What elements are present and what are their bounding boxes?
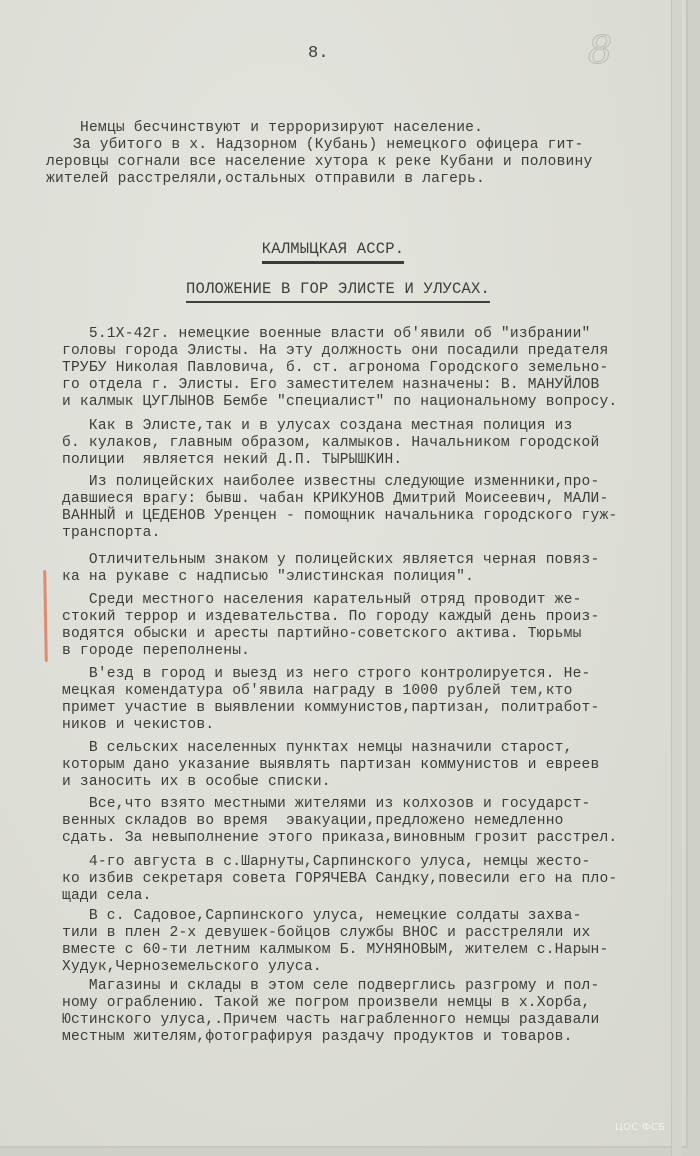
paragraph-line: щади села. xyxy=(62,888,682,905)
section-heading: ПОЛОЖЕНИЕ В ГОР ЭЛИСТЕ И УЛУСАХ. xyxy=(0,280,681,303)
paragraph-line: го отдела г. Элисты. Его заместителем на… xyxy=(62,377,682,394)
paragraph-2: Как в Элисте,так и в улусах создана мест… xyxy=(62,418,682,469)
intro-line: жителей расстреляли,остальных отправили … xyxy=(46,171,682,188)
paragraph-line: Из полицейских наиболее известны следующ… xyxy=(62,474,682,491)
paragraph-line: 4-го августа в с.Шарнуты,Сарпинского улу… xyxy=(62,854,682,871)
paragraph-line: вместе с 60-ти летним калмыком Б. МУНЯНО… xyxy=(62,942,682,959)
paragraph-line: Худук,Черноземельского улуса. xyxy=(62,959,682,976)
paragraph-line: стокий террор и издевательства. По город… xyxy=(62,609,682,626)
paragraph-line: Юстинского улуса,.Причем часть награблен… xyxy=(62,1012,682,1029)
paragraph-line: Магазины и склады в этом селе подверглис… xyxy=(62,978,682,995)
paragraph-1: 5.1Х-42г. немецкие военные власти об'яви… xyxy=(62,326,682,411)
archive-watermark: ЦОС ФСБ xyxy=(615,1122,665,1133)
intro-line: леровцы согнали все население хутора к р… xyxy=(46,154,682,171)
paragraph-line: В с. Садовое,Сарпинского улуса, немецкие… xyxy=(62,908,682,925)
paragraph-line: в городе переполнены. xyxy=(62,643,682,660)
paragraph-11: Магазины и склады в этом селе подверглис… xyxy=(62,978,682,1046)
paragraph-line: ка на рукаве с надписью "элистинская пол… xyxy=(62,569,682,586)
paragraph-line: транспорта. xyxy=(62,525,682,542)
paragraph-line: В сельских населенных пунктах немцы назн… xyxy=(62,740,682,757)
paragraph-line: и заносить их в особые списки. xyxy=(62,774,682,791)
paragraph-line: давшиеся врагу: бывш. чабан КРИКУНОВ Дми… xyxy=(62,491,682,508)
intro-block: Немцы бесчинствуют и терроризируют насел… xyxy=(62,120,682,188)
paragraph-line: местным жителям,фотографируя раздачу про… xyxy=(62,1029,682,1046)
paragraph-9: 4-го августа в с.Шарнуты,Сарпинского улу… xyxy=(62,854,682,905)
paragraph-line: ному ограблению. Такой же погром произве… xyxy=(62,995,682,1012)
handwritten-page-number: 8 xyxy=(588,28,612,72)
paragraph-line: Все,что взято местными жителями из колхо… xyxy=(62,796,682,813)
paragraph-line: ко избив секретаря совета ГОРЯЧЕВА Сандк… xyxy=(62,871,682,888)
paragraph-line: В'езд в город и выезд из него строго кон… xyxy=(62,666,682,683)
paragraph-3: Из полицейских наиболее известны следующ… xyxy=(62,474,682,542)
paragraph-line: сдать. За невыполнение этого приказа,вин… xyxy=(62,830,682,847)
paragraph-4: Отличительным знаком у полицейских являе… xyxy=(62,552,682,586)
paragraph-line: полиции является некий Д.П. ТЫРЫШКИН. xyxy=(62,452,682,469)
paragraph-line: б. кулаков, главным образом, калмыков. Н… xyxy=(62,435,682,452)
document-page: 8. 8 Немцы бесчинствуют и терроризируют … xyxy=(0,0,688,1148)
intro-line: За убитого в х. Надзорном (Кубань) немец… xyxy=(46,137,682,154)
paragraph-line: которым дано указание выявлять партизан … xyxy=(62,757,682,774)
paragraph-line: 5.1Х-42г. немецкие военные власти об'яви… xyxy=(62,326,682,343)
paragraph-line: Среди местного населения карательный отр… xyxy=(62,592,682,609)
intro-heading-line: Немцы бесчинствуют и терроризируют насел… xyxy=(80,120,682,137)
paragraph-line: Как в Элисте,так и в улусах создана мест… xyxy=(62,418,682,435)
paragraph-line: водятся обыски и аресты партийно-советск… xyxy=(62,626,682,643)
paragraph-6: В'езд в город и выезд из него строго кон… xyxy=(62,666,682,734)
paragraph-8: Все,что взято местными жителями из колхо… xyxy=(62,796,682,847)
paragraph-line: ников и чекистов. xyxy=(62,717,682,734)
paragraph-line: мецкая комендатура об'явила награду в 10… xyxy=(62,683,682,700)
paragraph-5: Среди местного населения карательный отр… xyxy=(62,592,682,660)
paragraph-line: и калмык ЦУГЛЫНОВ Бембе "специалист" по … xyxy=(62,394,682,411)
paragraph-line: ТРУБУ Николая Павловича, б. ст. агронома… xyxy=(62,360,682,377)
paragraph-10: В с. Садовое,Сарпинского улуса, немецкие… xyxy=(62,908,682,976)
section-heading-text: ПОЛОЖЕНИЕ В ГОР ЭЛИСТЕ И УЛУСАХ. xyxy=(186,280,490,303)
paragraph-line: ВАННЫЙ и ЦЕДЕНОВ Уренцен - помощник нача… xyxy=(62,508,682,525)
paragraph-line: примет участие в выявлении коммунистов,п… xyxy=(62,700,682,717)
region-heading-text: КАЛМЫЦКАЯ АССР. xyxy=(262,240,405,264)
paragraph-line: головы города Элисты. На эту должность о… xyxy=(62,343,682,360)
paragraph-line: венных складов во время эвакуации,предло… xyxy=(62,813,682,830)
paragraph-line: Отличительным знаком у полицейских являе… xyxy=(62,552,682,569)
paragraph-line: тили в плен 2-х девушек-бойцов службы ВН… xyxy=(62,925,682,942)
paragraph-7: В сельских населенных пунктах немцы назн… xyxy=(62,740,682,791)
region-heading: КАЛМЫЦКАЯ АССР. xyxy=(0,240,676,264)
page-number: 8. xyxy=(308,44,329,63)
red-pencil-margin-mark xyxy=(43,570,48,662)
